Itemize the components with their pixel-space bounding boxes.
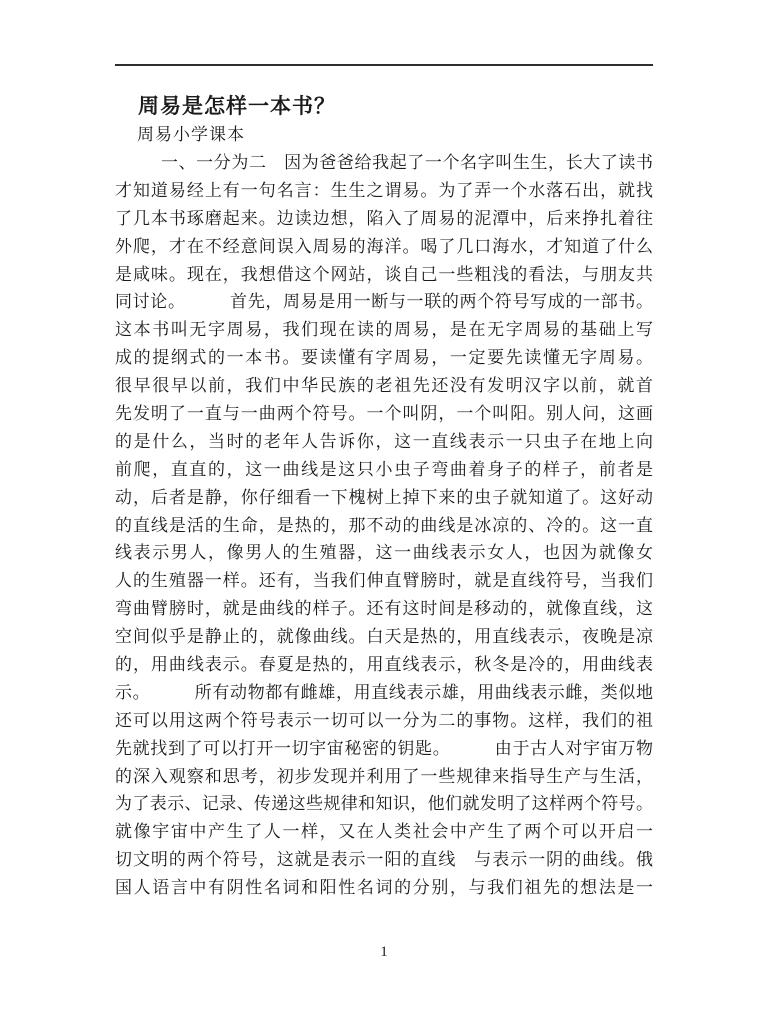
text-line: 示。 所有动物都有雌雄，用直线表示雄，用曲线表示雌，类似地 [115, 679, 653, 707]
text-line: 切文明的两个符号，这就是表示一阳的直线 与表示一阴的曲线。俄 [115, 846, 653, 874]
text-line: 这本书叫无字周易，我们现在读的周易，是在无字周易的基础上写 [115, 316, 653, 344]
document-title: 周易是怎样一本书？ [138, 90, 653, 120]
text-line: 还可以用这两个符号表示一切可以一分为二的事物。这样，我们的祖 [115, 707, 653, 735]
header-rule [115, 64, 653, 66]
text-line: 了几本书琢磨起来。边读边想，陷入了周易的泥潭中，后来挣扎着往 [115, 205, 653, 233]
text-line: 为了表示、记录、传递这些规律和知识，他们就发明了这样两个符号。 [115, 790, 653, 818]
text-line: 的直线是活的生命，是热的，那不动的曲线是冰凉的、冷的。这一直 [115, 512, 653, 540]
text-line: 前爬，直直的，这一曲线是这只小虫子弯曲着身子的样子，前者是 [115, 456, 653, 484]
text-line: 同讨论。 首先，周易是用一断与一联的两个符号写成的一部书。 [115, 288, 653, 316]
text-line: 的，用曲线表示。春夏是热的，用直线表示，秋冬是冷的，用曲线表 [115, 651, 653, 679]
text-line: 先就找到了可以打开一切宇宙秘密的钥匙。 由于古人对宇宙万物 [115, 735, 653, 763]
text-line: 才知道易经上有一句名言：生生之谓易。为了弄一个水落石出，就找 [115, 177, 653, 205]
text-line: 国人语言中有阴性名词和阳性名词的分别，与我们祖先的想法是一 [115, 874, 653, 902]
text-line: 线表示男人，像男人的生殖器，这一曲线表示女人，也因为就像女 [115, 539, 653, 567]
text-line: 就像宇宙中产生了人一样，又在人类社会中产生了两个可以开启一 [115, 818, 653, 846]
document-page: 周易是怎样一本书？ 周易小学课本 一、一分为二 因为爸爸给我起了一个名字叫生生，… [0, 0, 768, 1024]
text-line: 是咸味。现在，我想借这个网站，谈自己一些粗浅的看法，与朋友共 [115, 261, 653, 289]
text-line: 先发明了一直与一曲两个符号。一个叫阴，一个叫阳。别人问，这画 [115, 400, 653, 428]
document-subtitle: 周易小学课本 [137, 120, 653, 145]
text-line: 一、一分为二 因为爸爸给我起了一个名字叫生生，长大了读书了 [115, 149, 653, 177]
body-paragraph: 一、一分为二 因为爸爸给我起了一个名字叫生生，长大了读书了 才知道易经上有一句名… [115, 149, 653, 902]
text-line: 很早很早以前，我们中华民族的老祖先还没有发明汉字以前，就首 [115, 372, 653, 400]
text-line: 弯曲臂膀时，就是曲线的样子。还有这时间是移动的，就像直线，这 [115, 595, 653, 623]
text-line: 的是什么，当时的老年人告诉你，这一直线表示一只虫子在地上向 [115, 428, 653, 456]
text-line: 的深入观察和思考，初步发现并利用了一些规律来指导生产与生活， [115, 763, 653, 791]
text-line: 空间似乎是静止的，就像曲线。白天是热的，用直线表示，夜晚是凉 [115, 623, 653, 651]
text-line: 动，后者是静，你仔细看一下槐树上掉下来的虫子就知道了。这好动 [115, 484, 653, 512]
text-line: 外爬，才在不经意间误入周易的海洋。喝了几口海水，才知道了什么 [115, 233, 653, 261]
page-number: 1 [0, 944, 768, 961]
text-line: 人的生殖器一样。还有，当我们伸直臂膀时，就是直线符号，当我们 [115, 567, 653, 595]
text-line: 成的提纲式的一本书。要读懂有字周易，一定要先读懂无字周易。 [115, 344, 653, 372]
